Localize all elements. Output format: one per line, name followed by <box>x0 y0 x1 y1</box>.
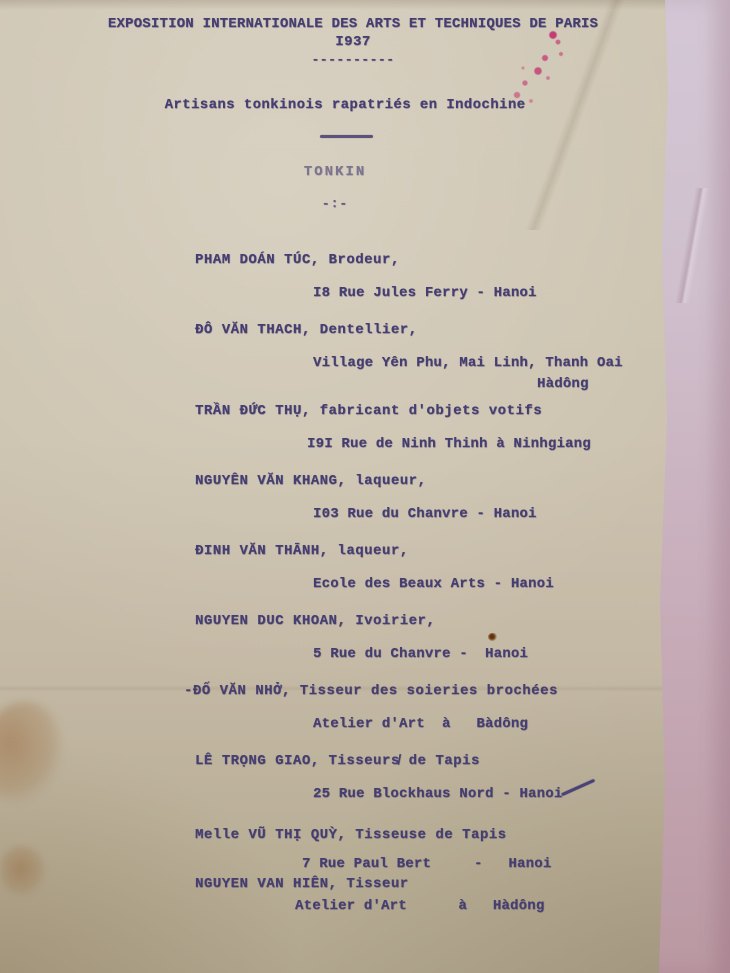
artisan-address-line: Atelier d'Art à Bàdông <box>313 708 665 741</box>
artisan-entry: TRẦN ĐỨC THỤ, fabricant d'objets votifsI… <box>195 395 665 461</box>
artisan-name-line: -ĐỐ VĂN NHỞ, Tisseur des soieries broché… <box>195 675 665 708</box>
red-ink-splatter <box>505 25 575 110</box>
artisan-entry: NGUYEN DUC KHOAN, Ivoirier,5 Rue du Chan… <box>195 605 665 671</box>
artisan-address-line: 25 Rue Blockhaus Nord - Hanoi <box>313 778 665 811</box>
artisan-address-line: Ecole des Beaux Arts - Hanoi <box>313 568 665 601</box>
artisan-entry: NGUYEN VAN HIÊN, TisseurAtelier d'Art à … <box>195 873 665 917</box>
artisan-entry: PHAM DOÁN TÚC, Brodeur,I8 Rue Jules Ferr… <box>195 244 665 310</box>
artisan-name-line: ĐINH VĂN THĀNH, laqueur, <box>195 535 665 568</box>
artisan-entry: ĐINH VĂN THĀNH, laqueur,Ecole des Beaux … <box>195 535 665 601</box>
artisan-entry: Melle VŨ THỊ QUỲ, Tisseuse de Tapis7 Rue… <box>195 821 665 879</box>
artisan-address-line: 5 Rue du Chanvre - Hanoi <box>313 638 665 671</box>
artisan-name-line: Melle VŨ THỊ QUỲ, Tisseuse de Tapis <box>195 821 665 850</box>
document-page: EXPOSITION INTERNATIONALE DES ARTS ET TE… <box>0 0 668 973</box>
artisan-address-line: Atelier d'Art à Hàdông <box>295 895 665 917</box>
artisan-entry: -ĐỐ VĂN NHỞ, Tisseur des soieries broché… <box>195 675 665 741</box>
section-heading: TONKIN <box>20 164 650 180</box>
brown-stain-large <box>0 702 62 802</box>
artisan-name-line: PHAM DOÁN TÚC, Brodeur, <box>195 244 665 277</box>
subtitle-underline <box>320 135 373 138</box>
artisan-entry: ĐÔ VĂN THACH, Dentellier,Village Yên Phu… <box>195 314 665 395</box>
artisan-address-line: Village Yên Phu, Mai Linh, Thanh Oai <box>313 347 665 380</box>
artisan-name-line: NGUYÊN VĂN KHANG, laqueur, <box>195 465 665 498</box>
scanned-document-photo: EXPOSITION INTERNATIONALE DES ARTS ET TE… <box>0 0 730 973</box>
artisan-name-line: LÊ TRỌNG GIAO, Tisseurs̸ de Tapis <box>195 745 665 778</box>
artisan-entry: NGUYÊN VĂN KHANG, laqueur,I03 Rue du Cha… <box>195 465 665 531</box>
artisan-address-line: I03 Rue du Chanvre - Hanoi <box>313 498 665 531</box>
entries-list: PHAM DOÁN TÚC, Brodeur,I8 Rue Jules Ferr… <box>195 244 665 921</box>
section-divider: -:- <box>20 196 650 211</box>
artisan-address-line: I8 Rue Jules Ferry - Hanoi <box>313 277 665 310</box>
artisan-name-line: NGUYEN DUC KHOAN, Ivoirier, <box>195 605 665 638</box>
artisan-name-line: ĐÔ VĂN THACH, Dentellier, <box>195 314 665 347</box>
artisan-entry: LÊ TRỌNG GIAO, Tisseurs̸ de Tapis25 Rue … <box>195 745 665 811</box>
brown-stain-small <box>0 846 46 896</box>
artisan-address-line: I9I Rue de Ninh Thinh à Ninhgiang <box>307 428 665 461</box>
artisan-name-line: TRẦN ĐỨC THỤ, fabricant d'objets votifs <box>195 395 665 428</box>
